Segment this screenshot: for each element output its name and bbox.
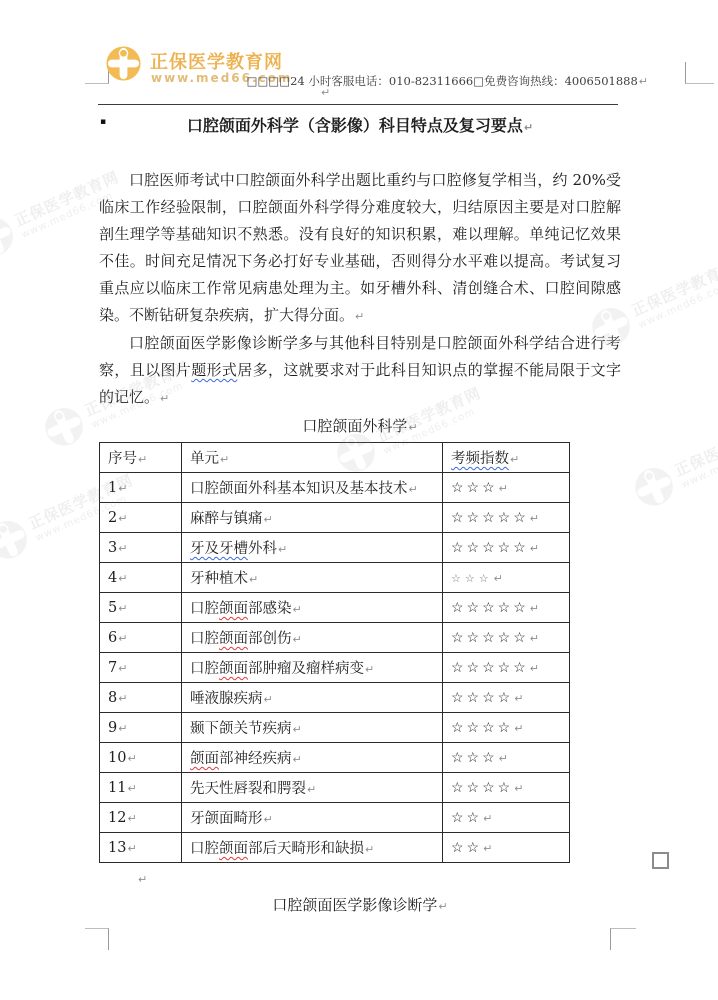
paragraph-mark: ↵: [355, 310, 364, 323]
unit-name-cell: 口腔颌面部后天畸形和缺损↵: [182, 833, 443, 863]
frequency-stars: ☆☆☆☆: [451, 780, 513, 796]
frequency-stars: ☆☆☆: [451, 572, 493, 585]
row-number: 9: [108, 720, 117, 736]
paragraph-mark: ↵: [530, 662, 539, 675]
document-body: 口腔颌面外科学（含影像）科目特点及复习要点↵ 口腔医师考试中口腔颌面外科学出题比…: [99, 112, 621, 920]
header-cell-frequency: 考频指数↵: [443, 443, 570, 473]
row-number-cell: 7↵: [100, 653, 182, 683]
exam-frequency-table: 序号↵ 单元↵ 考频指数↵ 1↵口腔颌面外科基本知识及基本技术↵☆☆☆↵2↵麻醉…: [99, 442, 570, 863]
paragraph-mark: ↵: [160, 392, 169, 405]
empty-paragraph: ↵: [137, 867, 621, 892]
table-row: 3↵牙及牙槽外科↵☆☆☆☆☆↵: [100, 533, 570, 563]
table-row: 4↵牙种植术↵☆☆☆↵: [100, 563, 570, 593]
paragraph-mark: ↵: [494, 572, 503, 585]
text-segment: 口腔颌面外科基本知识及基本技术: [190, 481, 408, 497]
brand-logo-icon: [105, 45, 142, 86]
contact-text: □□□□24 小时客服电话：010-82311666□免费咨询热线：400650…: [247, 74, 638, 88]
table-header-row: 序号↵ 单元↵ 考频指数↵: [100, 443, 570, 473]
text-segment: 口腔: [190, 661, 219, 677]
caption-text: 口腔颌面医学影像诊断学: [272, 896, 437, 914]
paragraph-mark: ↵: [293, 633, 302, 646]
paragraph-mark: ↵: [127, 782, 136, 795]
row-number-cell: 5↵: [100, 593, 182, 623]
paragraph-mark: ↵: [438, 900, 447, 913]
paragraph-text: 口腔医师考试中口腔颌面外科学出题比重约与口腔修复学相当，约 20%受临床工作经验…: [99, 171, 621, 324]
frequency-cell: ☆☆↵: [443, 833, 570, 863]
watermark-text: www.med66.com: [637, 275, 718, 331]
text-segment: 部感染: [248, 601, 292, 617]
text-boundary-mark-bottom-left: [85, 928, 109, 950]
paragraph-mark: ↵: [514, 722, 523, 735]
frequency-cell: ☆☆☆☆☆↵: [443, 593, 570, 623]
paragraph-mark: ↵: [514, 782, 523, 795]
paragraph-mark: ↵: [408, 421, 417, 434]
row-number: 2: [108, 510, 117, 526]
row-number: 5: [108, 600, 117, 616]
text-segment: 唾液腺疾病: [190, 691, 263, 707]
text-segment: 部神经疾病: [219, 751, 292, 767]
row-number: 12: [108, 810, 126, 826]
frequency-cell: ☆☆☆☆☆↵: [443, 653, 570, 683]
text-segment: 外科: [248, 541, 277, 557]
row-number: 4: [108, 570, 117, 586]
paragraph-mark: ↵: [365, 843, 374, 856]
text-segment: 考频指数: [451, 451, 509, 467]
paragraph-mark: ↵: [514, 692, 523, 705]
row-number: 13: [108, 840, 126, 856]
text-segment: 先天性唇裂和腭裂: [190, 781, 306, 797]
watermark-logo-icon: [36, 399, 91, 454]
footer-caption: 口腔颌面医学影像诊断学↵: [99, 892, 621, 920]
page-title: 口腔颌面外科学（含影像）科目特点及复习要点↵: [99, 112, 621, 141]
table-row: 12↵牙颌面畸形↵☆☆↵: [100, 803, 570, 833]
header-text: 序号: [108, 451, 137, 467]
paragraph-mark: ↵: [118, 632, 127, 645]
paragraph-mark: ↵: [264, 693, 273, 706]
row-number: 3: [108, 540, 117, 556]
frequency-stars: ☆☆☆: [451, 480, 498, 496]
row-number-cell: 1↵: [100, 473, 182, 503]
text-segment: 麻醉与镇痛: [190, 511, 263, 527]
row-number-cell: 3↵: [100, 533, 182, 563]
paragraph-mark: ↵: [483, 812, 492, 825]
frequency-stars: ☆☆☆☆☆: [451, 600, 529, 616]
paragraph-1: 口腔医师考试中口腔颌面外科学出题比重约与口腔修复学相当，约 20%受临床工作经验…: [99, 167, 621, 330]
title-text: 口腔颌面外科学（含影像）科目特点及复习要点: [187, 116, 523, 135]
frequency-stars: ☆☆☆☆: [451, 690, 513, 706]
frequency-cell: ☆☆☆↵: [443, 563, 570, 593]
text-boundary-mark-top-right: [685, 62, 714, 84]
row-number-cell: 4↵: [100, 563, 182, 593]
paragraph-mark: ↵: [127, 842, 136, 855]
paragraph-mark: ↵: [118, 602, 127, 615]
row-number-cell: 9↵: [100, 713, 182, 743]
text-segment: 颌面: [219, 841, 248, 857]
row-number-cell: 6↵: [100, 623, 182, 653]
frequency-cell: ☆☆↵: [443, 803, 570, 833]
header-contact-line: □□□□24 小时客服电话：010-82311666□免费咨询热线：400650…: [240, 73, 648, 89]
table-row: 2↵麻醉与镇痛↵☆☆☆☆☆↵: [100, 503, 570, 533]
text-segment: 颌面: [219, 661, 248, 677]
paragraph-mark: ↵: [118, 542, 127, 555]
row-number: 10: [108, 750, 126, 766]
text-segment: 颌面: [219, 631, 248, 647]
row-number-cell: 8↵: [100, 683, 182, 713]
text-segment: 牙种植术: [190, 571, 248, 587]
frequency-cell: ☆☆☆↵: [443, 743, 570, 773]
paragraph-mark: ↵: [530, 632, 539, 645]
caption-text: 口腔颌面外科学: [302, 417, 407, 435]
paragraph-mark: ↵: [138, 453, 147, 466]
text-segment: 部创伤: [248, 631, 292, 647]
table-row: 5↵口腔颌面部感染↵☆☆☆☆☆↵: [100, 593, 570, 623]
frequency-stars: ☆☆: [451, 810, 482, 826]
table-row: 1↵口腔颌面外科基本知识及基本技术↵☆☆☆↵: [100, 473, 570, 503]
watermark-text: www.med66.com: [680, 435, 718, 491]
paragraph-mark: ↵: [293, 723, 302, 736]
row-number-cell: 12↵: [100, 803, 182, 833]
text-segment: 题形式: [191, 361, 237, 379]
paragraph-mark: ↵: [365, 663, 374, 676]
paragraph-2: 口腔颌面医学影像诊断学多与其他科目特别是口腔颌面外科学结合进行考察，且以图片题形…: [99, 330, 621, 412]
frequency-stars: ☆☆: [451, 840, 482, 856]
row-number-cell: 11↵: [100, 773, 182, 803]
unit-name-cell: 口腔颌面部感染↵: [182, 593, 443, 623]
paragraph-mark: ↵: [118, 692, 127, 705]
frequency-cell: ☆☆☆☆☆↵: [443, 533, 570, 563]
paragraph-mark: ↵: [293, 603, 302, 616]
unit-name-cell: 口腔颌面部肿瘤及瘤样病变↵: [182, 653, 443, 683]
table-row: 6↵口腔颌面部创伤↵☆☆☆☆☆↵: [100, 623, 570, 653]
paragraph-mark: ↵: [530, 512, 539, 525]
row-number-cell: 10↵: [100, 743, 182, 773]
paragraph-mark: ↵: [483, 842, 492, 855]
paragraph-mark: ↵: [264, 513, 273, 526]
frequency-stars: ☆☆☆☆☆: [451, 510, 529, 526]
text-segment: 口腔: [190, 631, 219, 647]
row-number: 6: [108, 630, 117, 646]
watermark-logo-icon: [0, 512, 36, 567]
header-text: 考频指数: [451, 451, 509, 467]
frequency-cell: ☆☆☆☆↵: [443, 683, 570, 713]
table-row: 9↵颞下颌关节疾病↵☆☆☆☆↵: [100, 713, 570, 743]
paragraph-mark: ↵: [321, 86, 330, 99]
paragraph-mark: ↵: [639, 75, 648, 88]
paragraph-mark: ↵: [264, 813, 273, 826]
text-segment: 部后天畸形和缺损: [248, 841, 364, 857]
frequency-cell: ☆☆☆☆☆↵: [443, 503, 570, 533]
text-segment: 颌面: [190, 751, 219, 767]
anchor-square: [652, 852, 669, 869]
unit-name-cell: 牙颌面畸形↵: [182, 803, 443, 833]
text-segment: 牙及牙槽: [190, 541, 248, 557]
frequency-stars: ☆☆☆☆☆: [451, 630, 529, 646]
watermark-text: 正保医学教育网: [628, 256, 718, 321]
frequency-stars: ☆☆☆☆☆: [451, 540, 529, 556]
text-segment: 牙颌面畸形: [190, 811, 263, 827]
paragraph-mark: ↵: [499, 482, 508, 495]
paragraph-mark: ↵: [278, 543, 287, 556]
header-cell-number: 序号↵: [100, 443, 182, 473]
paragraph-mark: ↵: [499, 752, 508, 765]
text-segment: 口腔: [190, 601, 219, 617]
frequency-stars: ☆☆☆☆: [451, 720, 513, 736]
unit-name-cell: 颌面部神经疾病↵: [182, 743, 443, 773]
paragraph-mark: ↵: [220, 453, 229, 466]
frequency-cell: ☆☆☆☆↵: [443, 773, 570, 803]
paragraph-mark: ↵: [524, 121, 533, 134]
table-row: 11↵先天性唇裂和腭裂↵☆☆☆☆↵: [100, 773, 570, 803]
row-number: 7: [108, 660, 117, 676]
paragraph-mark: ↵: [530, 602, 539, 615]
paragraph-mark: ↵: [118, 572, 127, 585]
paragraph-mark: ↵: [127, 752, 136, 765]
row-number-cell: 13↵: [100, 833, 182, 863]
paragraph-mark: ↵: [409, 483, 418, 496]
text-segment: 颌面: [219, 601, 248, 617]
watermark-logo-icon: [0, 209, 22, 264]
text-segment: 颞下颌关节疾病: [190, 721, 292, 737]
header-divider: [98, 104, 618, 105]
paragraph-mark: ↵: [510, 453, 519, 466]
table-row: 7↵口腔颌面部肿瘤及瘤样病变↵☆☆☆☆☆↵: [100, 653, 570, 683]
unit-name-cell: 牙及牙槽外科↵: [182, 533, 443, 563]
frequency-cell: ☆☆☆↵: [443, 473, 570, 503]
paragraph-mark: ↵: [249, 573, 258, 586]
unit-name-cell: 牙种植术↵: [182, 563, 443, 593]
paragraph-mark: ↵: [118, 722, 127, 735]
paragraph-mark: ↵: [118, 482, 127, 495]
unit-name-cell: 先天性唇裂和腭裂↵: [182, 773, 443, 803]
frequency-stars: ☆☆☆☆☆: [451, 660, 529, 676]
document-page: 正保医学教育网 www.med66.com □□□□24 小时客服电话：010-…: [0, 0, 718, 1000]
frequency-cell: ☆☆☆☆↵: [443, 713, 570, 743]
unit-name-cell: 颞下颌关节疾病↵: [182, 713, 443, 743]
table-row: 10↵颌面部神经疾病↵☆☆☆↵: [100, 743, 570, 773]
unit-name-cell: 口腔颌面外科基本知识及基本技术↵: [182, 473, 443, 503]
unit-name-cell: 麻醉与镇痛↵: [182, 503, 443, 533]
paragraph-mark: ↵: [127, 812, 136, 825]
header-cell-unit: 单元↵: [182, 443, 443, 473]
frequency-stars: ☆☆☆: [451, 750, 498, 766]
watermark-text: 正保医学教育网: [671, 416, 718, 481]
frequency-cell: ☆☆☆☆☆↵: [443, 623, 570, 653]
watermark-logo-icon: [626, 459, 681, 514]
paragraph-text: 口腔颌面医学影像诊断学多与其他科目特别是口腔颌面外科学结合进行考察，且以图片题形…: [99, 334, 621, 406]
row-number: 11: [108, 780, 126, 796]
text-boundary-mark-bottom-right: [610, 928, 636, 950]
unit-name-cell: 口腔颌面部创伤↵: [182, 623, 443, 653]
paragraph-mark: ↵: [118, 662, 127, 675]
table-row: 8↵唾液腺疾病↵☆☆☆☆↵: [100, 683, 570, 713]
table-row: 13↵口腔颌面部后天畸形和缺损↵☆☆↵: [100, 833, 570, 863]
paragraph-mark: ↵: [138, 873, 147, 886]
header-text: 单元: [190, 451, 219, 467]
row-number: 8: [108, 690, 117, 706]
row-number-cell: 2↵: [100, 503, 182, 533]
brand-watermark: 正保医学教育网 www.med66.com: [626, 411, 718, 514]
table-caption: 口腔颌面外科学↵: [99, 412, 621, 442]
row-number: 1: [108, 480, 117, 496]
text-segment: 部肿瘤及瘤样病变: [248, 661, 364, 677]
paragraph-mark: ↵: [293, 753, 302, 766]
paragraph-mark: ↵: [530, 542, 539, 555]
text-segment: 口腔: [190, 841, 219, 857]
paragraph-mark: ↵: [307, 783, 316, 796]
paragraph-mark: ↵: [118, 512, 127, 525]
unit-name-cell: 唾液腺疾病↵: [182, 683, 443, 713]
